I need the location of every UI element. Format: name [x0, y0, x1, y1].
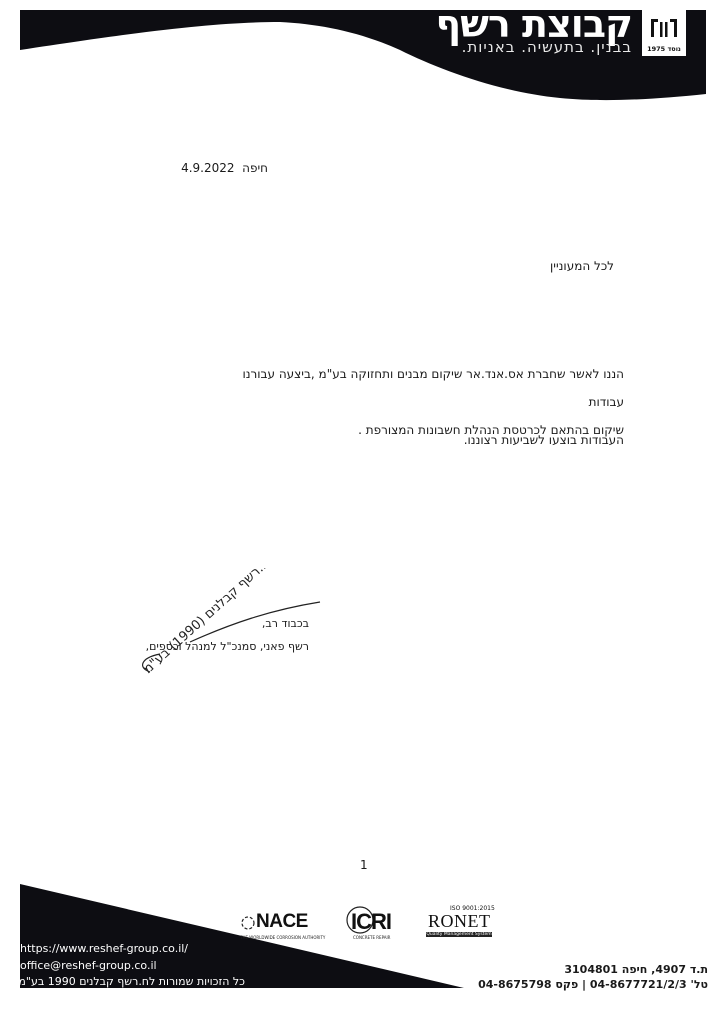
- stamp-text: ח.רשף קבלנים (1990) בע"מ: [141, 568, 273, 677]
- nace-emblem-icon: [240, 913, 256, 933]
- nace-logo: NACE THE WORLDWIDE CORROSION AUTHORITY: [240, 905, 325, 945]
- contact-phones: טל' 04-8677721/2/3 | פקס 04-8675798: [468, 978, 708, 991]
- date-line: חיפה 4.9.2022: [181, 161, 268, 175]
- company-stamp: ח.רשף קבלנים (1990) בע"מ: [130, 568, 330, 688]
- footer-url-link[interactable]: https://www.reshef-group.co.il/: [20, 942, 188, 955]
- ronet-logo: ISO 9001:2015 RONET Quality Management S…: [426, 905, 492, 945]
- icri-logo: ICRI CONCRETE REPAIR: [345, 905, 395, 945]
- letter-date: 4.9.2022: [181, 161, 234, 175]
- satisfaction-line: העבודות בוצעו לשביעות רצוננו.: [464, 433, 624, 447]
- footer-email-link[interactable]: office@reshef-group.co.il: [20, 959, 157, 972]
- city: חיפה: [242, 161, 268, 175]
- contact-address: ת.ד 4907, חיפה 3104801: [468, 963, 708, 976]
- footer-rights: כל הזכויות שמורות לח.רשף קבלנים 1990 בע"…: [20, 975, 245, 988]
- brand-tagline: בבנין. בתעשיה. באניות.: [462, 38, 632, 56]
- logo-founded-text: נוסד 1975: [642, 45, 686, 53]
- page-number: 1: [360, 858, 368, 872]
- logo-mark-icon: [650, 16, 678, 40]
- company-logo: נוסד 1975: [642, 10, 686, 56]
- body-line-1: הננו לאשר שחברת אס.אנד.אר שיקום מבנים ות…: [204, 360, 624, 416]
- recipient: לכל המעוניין: [550, 259, 614, 273]
- letter-body: הננו לאשר שחברת אס.אנד.אר שיקום מבנים ות…: [204, 360, 624, 444]
